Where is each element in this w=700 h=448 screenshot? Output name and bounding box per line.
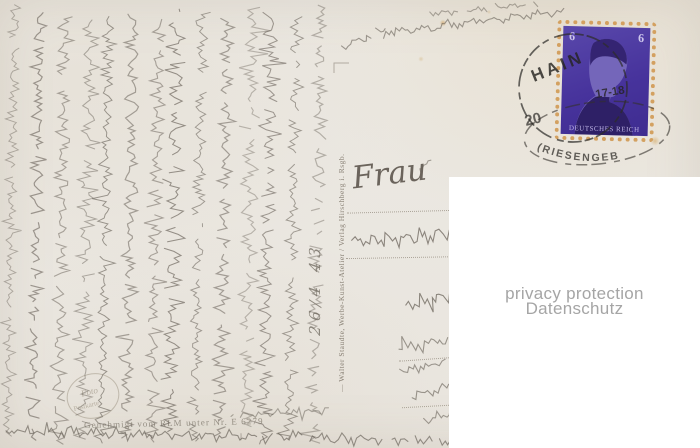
postcard-scan: Foto Postkarte Genehmigt vom RLM unter N…: [0, 0, 700, 448]
stamp-denomination-left: 6: [569, 29, 575, 44]
stamp-denomination-right: 6: [638, 31, 644, 46]
privacy-overlay-box: privacy protection Datenschutz: [449, 177, 700, 448]
postage-stamp: 6 6 DEUTSCHES REICH: [554, 20, 656, 143]
publisher-imprint-vertical: — Walter Staudte, Werbe-Kunst-Atelier / …: [337, 154, 346, 393]
handwritten-date: 26/4 43: [306, 241, 324, 336]
stamp-vignette: 6 6 DEUTSCHES REICH: [561, 26, 651, 136]
privacy-line2: Datenschutz: [449, 301, 700, 316]
